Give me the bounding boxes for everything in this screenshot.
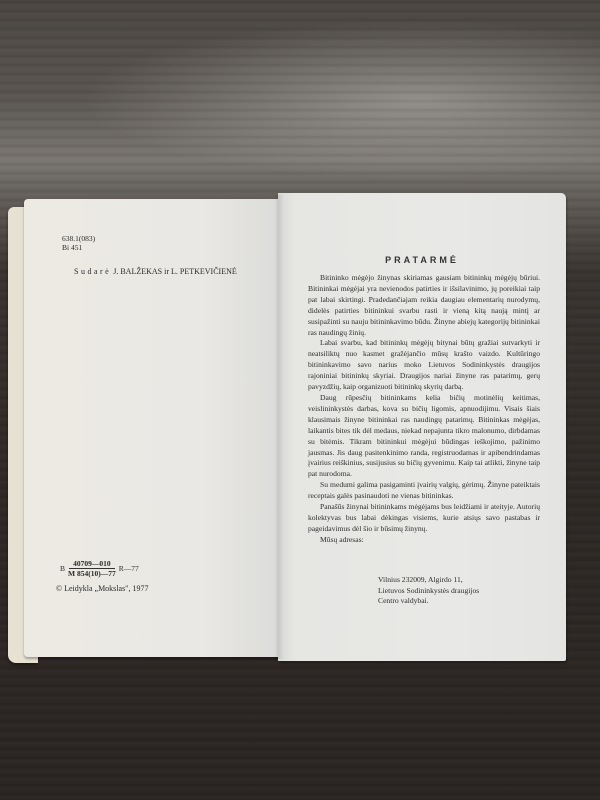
catalog-id: Bi 451	[62, 243, 95, 252]
compiled-label: Sudarė	[74, 267, 111, 276]
udc-code: 638.1(083)	[62, 234, 95, 243]
address-line: Centro valdybai.	[378, 596, 479, 607]
catalog-denominator: M 854(10)—77	[68, 569, 116, 578]
right-page: PRATARMĖ Bitininko mėgėjo žinynas skiria…	[278, 193, 566, 661]
left-page: 638.1(083) Bi 451 Sudarė J. BALŽEKAS ir …	[24, 199, 278, 657]
compiled-by: Sudarė J. BALŽEKAS ir L. PETKEVIČIENĖ	[74, 267, 237, 276]
catalog-prefix: B	[60, 564, 65, 573]
paragraph: Daug rūpesčių bitininkams kelia bičių mo…	[308, 393, 540, 480]
catalog-number: B 40709—010 M 854(10)—77 R—77	[60, 559, 139, 578]
paragraph: Panašūs žinynai bitininkams mėgėjams bus…	[308, 502, 540, 535]
copyright-notice: © Leidykla „Mokslas", 1977	[56, 584, 148, 593]
paragraph: Labai svarbu, kad bitininkų mėgėjų bityn…	[308, 338, 540, 393]
address-line: Vilnius 232009, Algirdo 11,	[378, 575, 479, 586]
catalog-suffix: R—77	[119, 564, 139, 573]
catalog-numerator: 40709—010	[69, 559, 115, 569]
address-block: Vilnius 232009, Algirdo 11, Lietuvos Sod…	[378, 575, 479, 607]
authors: J. BALŽEKAS ir L. PETKEVIČIENĖ	[113, 267, 237, 276]
light-glare	[80, 20, 600, 180]
udc-block: 638.1(083) Bi 451	[62, 234, 95, 252]
address-line: Lietuvos Sodininkystės draugijos	[378, 586, 479, 597]
paragraph: Su medumi galima pasigaminti įvairių val…	[308, 480, 540, 502]
book-spine	[274, 195, 284, 659]
page-title: PRATARMĖ	[278, 255, 566, 265]
catalog-fraction: 40709—010 M 854(10)—77	[68, 559, 116, 578]
preface-text: Bitininko mėgėjo žinynas skiriamas gausi…	[308, 273, 540, 546]
address-label: Mūsų adresas:	[308, 535, 540, 546]
paragraph: Bitininko mėgėjo žinynas skiriamas gausi…	[308, 273, 540, 338]
open-book: 638.1(083) Bi 451 Sudarė J. BALŽEKAS ir …	[8, 193, 568, 663]
